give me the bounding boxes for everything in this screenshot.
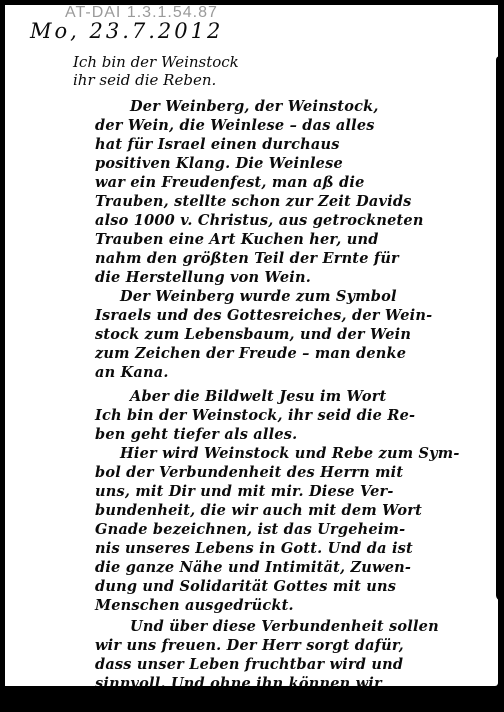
- paragraph-3-line: Ich bin der Weinstock, ihr seid die Re-: [95, 407, 415, 424]
- paragraph-1-line: Trauben eine Art Kuchen her, und: [95, 231, 379, 248]
- paragraph-4-line: Gnade bezeichnen, ist das Urgeheim-: [95, 521, 405, 538]
- paragraph-3-line: Aber die Bildwelt Jesu im Wort: [130, 388, 386, 405]
- paragraph-1-line: der Wein, die Weinlese – das alles: [95, 117, 375, 134]
- paragraph-5-line: dass unser Leben fruchtbar wird und: [95, 656, 403, 673]
- paragraph-1-line: positiven Klang. Die Weinlese: [95, 155, 343, 172]
- paragraph-3-line: ben geht tiefer als alles.: [95, 426, 297, 443]
- date-heading: Mo, 23.7.2012: [30, 19, 223, 43]
- paragraph-1-line: die Herstellung von Wein.: [95, 269, 311, 286]
- paragraph-2-line: Der Weinberg wurde zum Symbol: [120, 288, 397, 305]
- scan-edge-shadow: [496, 56, 504, 601]
- document-page: AT-DAI 1.3.1.54.87 Mo, 23.7.2012 Ich bin…: [5, 5, 498, 686]
- paragraph-4-line: die ganze Nähe und Intimität, Zuwen-: [95, 559, 411, 576]
- paragraph-1-line: hat für Israel einen durchaus: [95, 136, 340, 153]
- paragraph-1-line: nahm den größten Teil der Ernte für: [95, 250, 399, 267]
- paragraph-5-line: wir uns freuen. Der Herr sorgt dafür,: [95, 637, 404, 654]
- paragraph-5-line: Und über diese Verbundenheit sollen: [130, 618, 439, 635]
- paragraph-1-line: also 1000 v. Christus, aus getrockneten: [95, 212, 424, 229]
- paragraph-4-line: bundenheit, die wir auch mit dem Wort: [95, 502, 422, 519]
- paragraph-5-line: sinnvoll. Und ohne ihn können wir: [95, 675, 382, 686]
- paragraph-4-line: Hier wird Weinstock und Rebe zum Sym-: [120, 445, 460, 462]
- paragraph-2-line: an Kana.: [95, 364, 169, 381]
- paragraph-4-line: dung und Solidarität Gottes mit uns: [95, 578, 396, 595]
- paragraph-1-line: Der Weinberg, der Weinstock,: [130, 98, 379, 115]
- paragraph-4-line: Menschen ausgedrückt.: [95, 597, 294, 614]
- motto-line-2: ihr seid die Reben.: [73, 71, 216, 89]
- paragraph-4-line: bol der Verbundenheit des Herrn mit: [95, 464, 403, 481]
- paragraph-4-line: uns, mit Dir und mit mir. Diese Ver-: [95, 483, 394, 500]
- paragraph-2-line: zum Zeichen der Freude – man denke: [95, 345, 406, 362]
- paragraph-2-line: Israels und des Gottesreiches, der Wein-: [95, 307, 432, 324]
- motto-line-1: Ich bin der Weinstock: [73, 53, 239, 71]
- paragraph-4-line: nis unseres Lebens in Gott. Und da ist: [95, 540, 413, 557]
- paragraph-1-line: war ein Freudenfest, man aß die: [95, 174, 365, 191]
- paragraph-1-line: Trauben, stellte schon zur Zeit Davids: [95, 193, 412, 210]
- paragraph-2-line: stock zum Lebensbaum, und der Wein: [95, 326, 411, 343]
